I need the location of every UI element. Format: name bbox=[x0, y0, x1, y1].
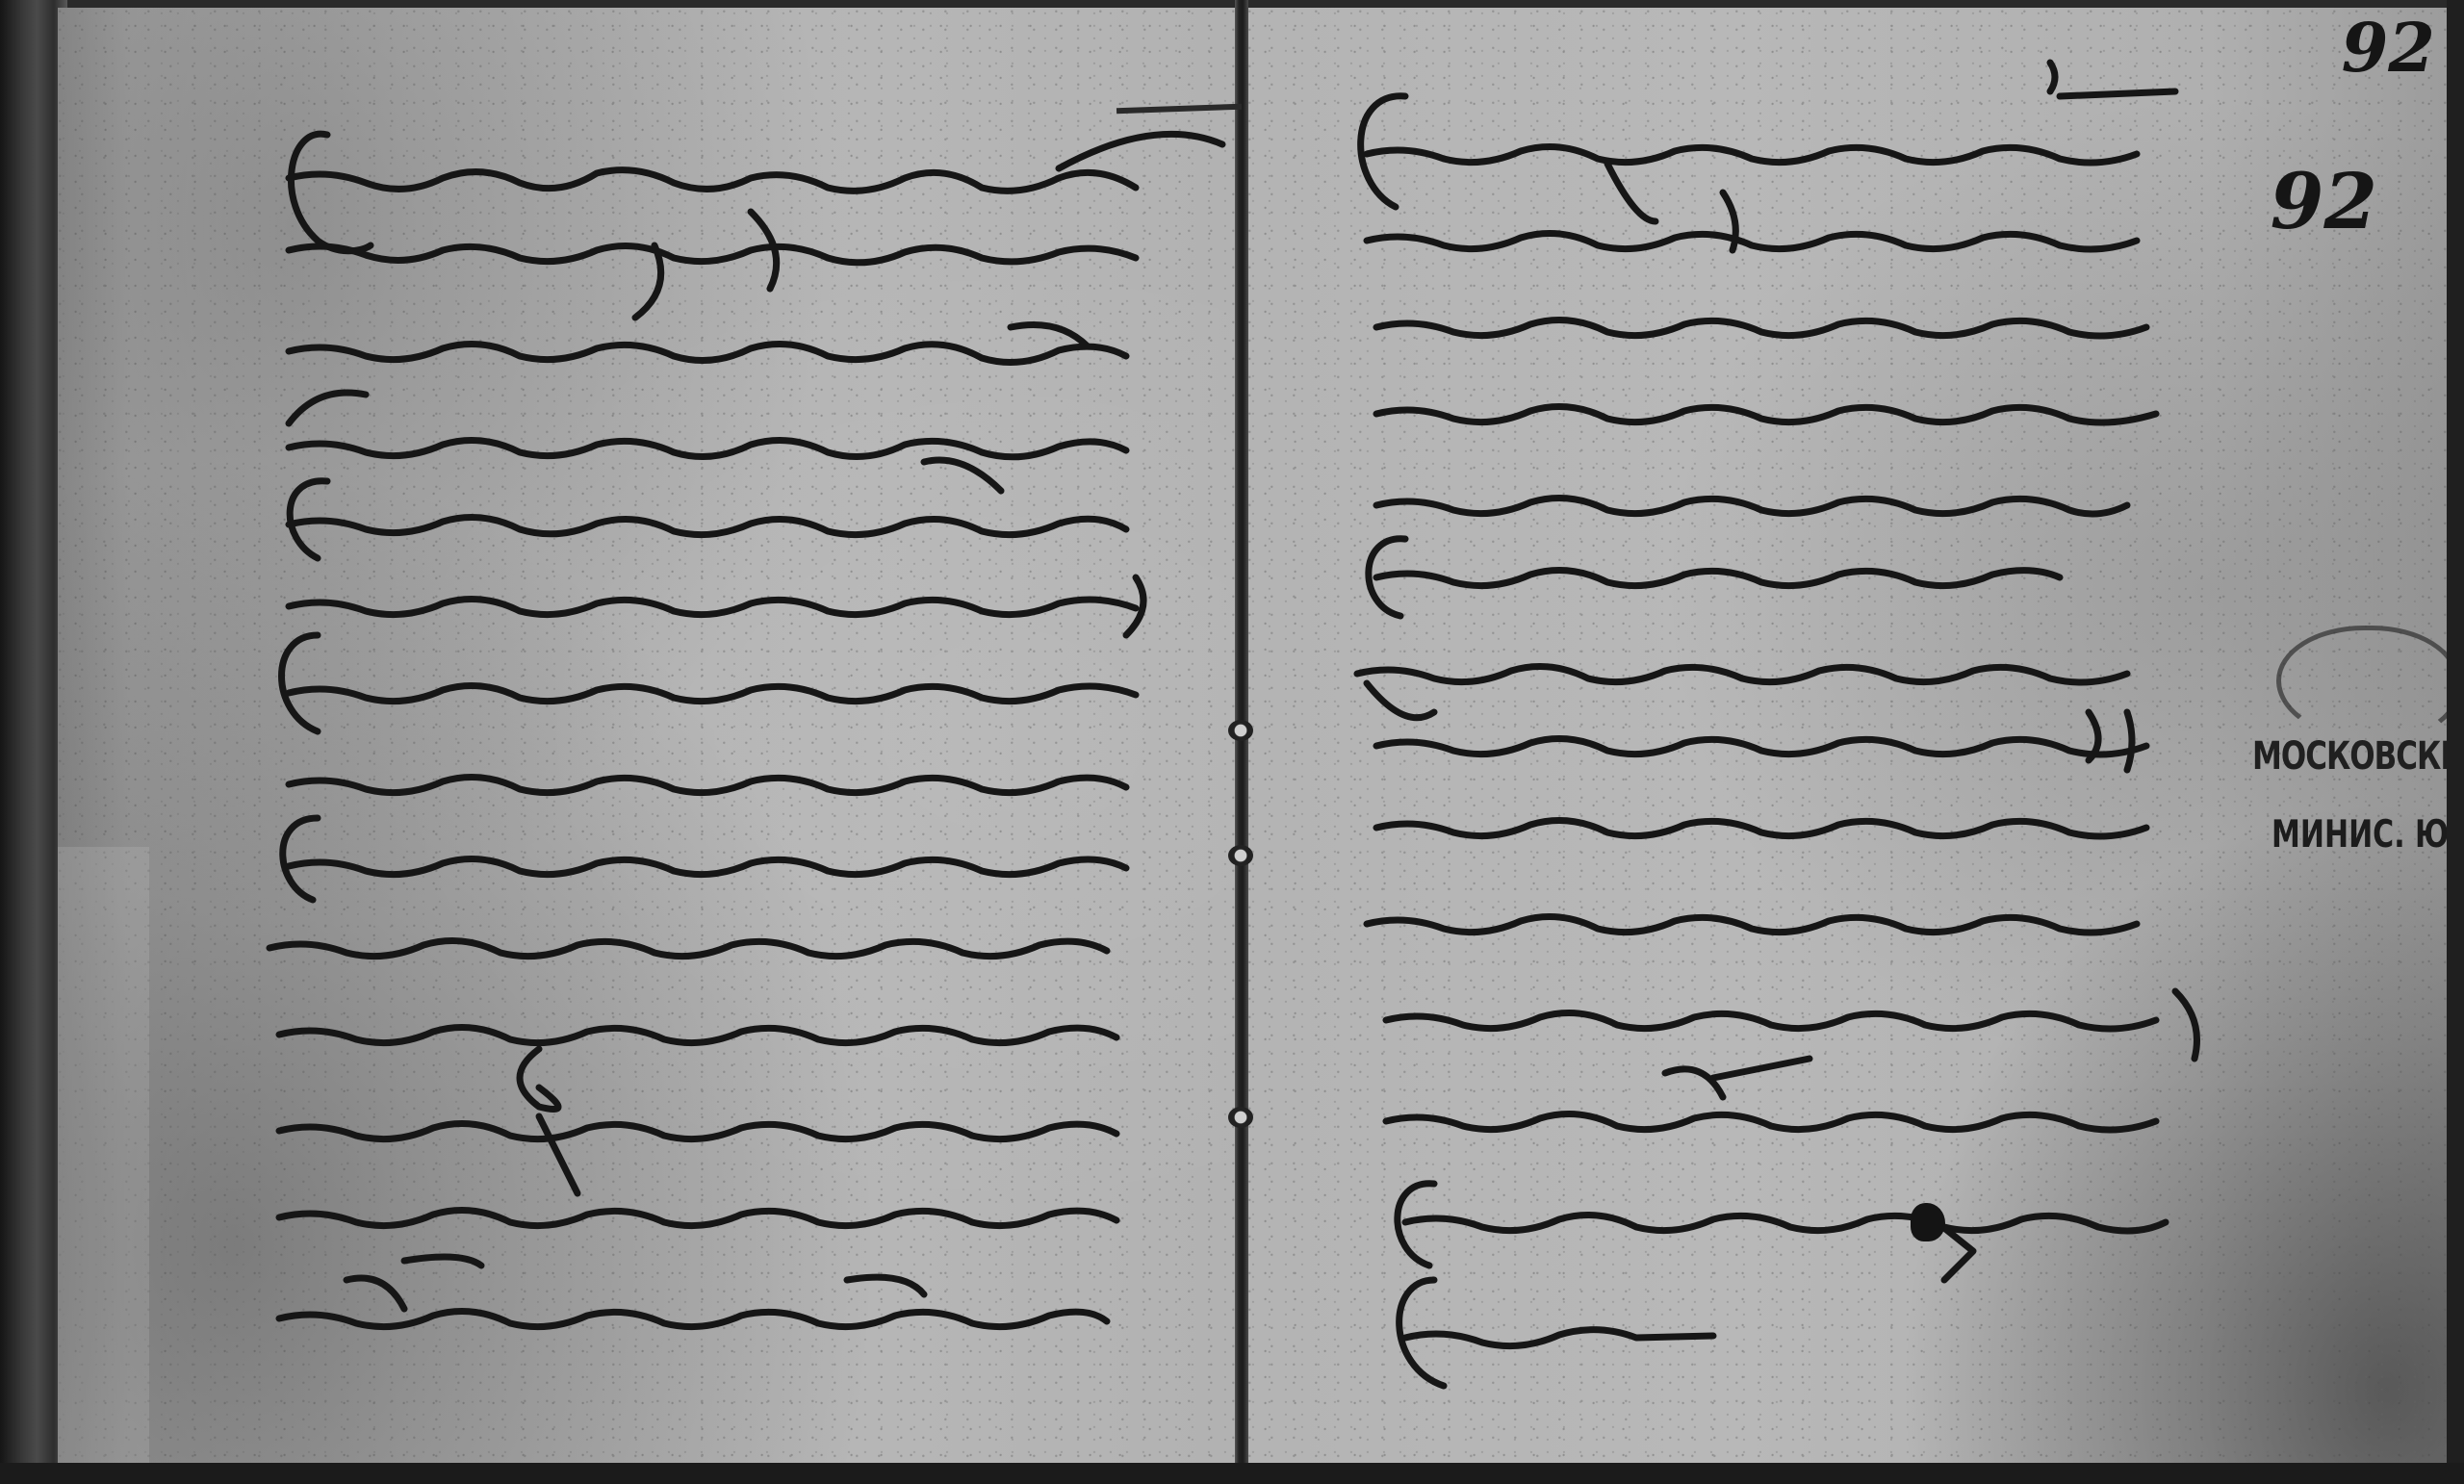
stamp-line-2: МИНИС. ЮСТ bbox=[2271, 813, 2464, 857]
stamp-emblem bbox=[2276, 626, 2459, 741]
folio-number: 92 bbox=[2271, 156, 2377, 246]
scan-bottom-edge bbox=[0, 1463, 2464, 1484]
folio-number-top: 92 bbox=[2342, 8, 2435, 88]
ink-blot bbox=[1911, 1203, 1945, 1241]
manuscript-scan: 92 92 МОСКОВСКIЙ АРХ МИНИС. ЮСТ bbox=[0, 0, 2464, 1484]
archive-stamp: МОСКОВСКIЙ АРХ МИНИС. ЮСТ bbox=[2209, 616, 2450, 847]
stamp-line-1: МОСКОВСКIЙ АРХ bbox=[2252, 734, 2464, 780]
scan-right-edge bbox=[2447, 0, 2464, 1484]
